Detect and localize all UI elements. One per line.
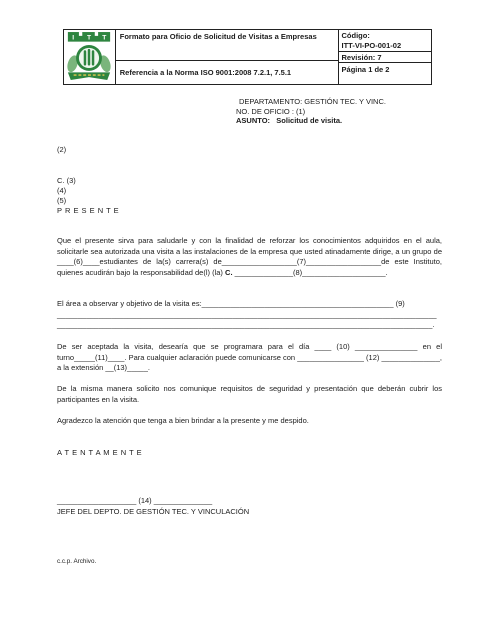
date-placeholder: (2) <box>57 145 66 156</box>
logo-cell: I T T <box>64 30 116 84</box>
thanks-paragraph: Agradezco la atención que tenga a bien b… <box>57 416 442 427</box>
code-value: ITT-VI-PO-001-02 <box>342 41 428 51</box>
header-middle-column: Formato para Oficio de Solicitud de Visi… <box>116 30 338 84</box>
office-number-line: NO. DE OFICIO : (1) <box>236 107 386 117</box>
code-label: Código: <box>342 31 428 41</box>
itt-logo-icon: I T T <box>65 31 113 83</box>
addressee-line-2: (4) <box>57 186 119 196</box>
department-line: DEPARTAMENTO: GESTIÓN TEC. Y VINC. <box>236 97 386 107</box>
security-paragraph: De la misma manera solicito nos comuniqu… <box>57 384 442 405</box>
iso-reference: Referencia a la Norma ISO 9001:2008 7.2.… <box>116 61 338 84</box>
form-title: Formato para Oficio de Solicitud de Visi… <box>116 30 338 61</box>
subject-line: ASUNTO: Solicitud de visita. <box>236 116 386 126</box>
objective-line-1: El área a observar y objetivo de la visi… <box>57 299 452 310</box>
addressee-line-3: (5) <box>57 196 119 206</box>
svg-text:I: I <box>73 35 75 42</box>
request-paragraph: Que el presente sirva para saludarle y c… <box>57 236 442 278</box>
meta-block: DEPARTAMENTO: GESTIÓN TEC. Y VINC. NO. D… <box>236 97 386 126</box>
objective-block: El área a observar y objetivo de la visi… <box>57 299 452 331</box>
header-table: I T T Formato para Oficio de Solicitud d… <box>63 29 432 85</box>
request-text-2: ______________(8)____________________. <box>233 268 388 277</box>
header-right-column: Código: ITT-VI-PO-001-02 Revisión: 7 Pág… <box>338 30 431 84</box>
request-text-bold: C. <box>225 268 233 277</box>
addressee-name: C. (3) <box>57 176 119 186</box>
signature-line: ___________________ (14) ______________ <box>57 496 249 507</box>
revision: Revisión: 7 <box>339 52 431 63</box>
signature-block: ___________________ (14) ______________ … <box>57 496 249 517</box>
objective-line-2: ________________________________________… <box>57 310 452 321</box>
document-page: I T T Formato para Oficio de Solicitud d… <box>0 0 495 640</box>
objective-line-3: ________________________________________… <box>57 320 452 331</box>
document-code: Código: ITT-VI-PO-001-02 <box>339 30 431 52</box>
scheduling-paragraph: De ser aceptada la visita, desearía que … <box>57 342 442 374</box>
closing-label: A T E N T A M E N T E <box>57 448 142 459</box>
addressee-block: C. (3) (4) (5) P R E S E N T E <box>57 176 119 216</box>
ccp-note: c.c.p. Archivo. <box>57 557 96 568</box>
presente-label: P R E S E N T E <box>57 206 119 216</box>
page-number: Página 1 de 2 <box>339 63 431 84</box>
signature-title: JEFE DEL DEPTO. DE GESTIÓN TEC. Y VINCUL… <box>57 507 249 518</box>
